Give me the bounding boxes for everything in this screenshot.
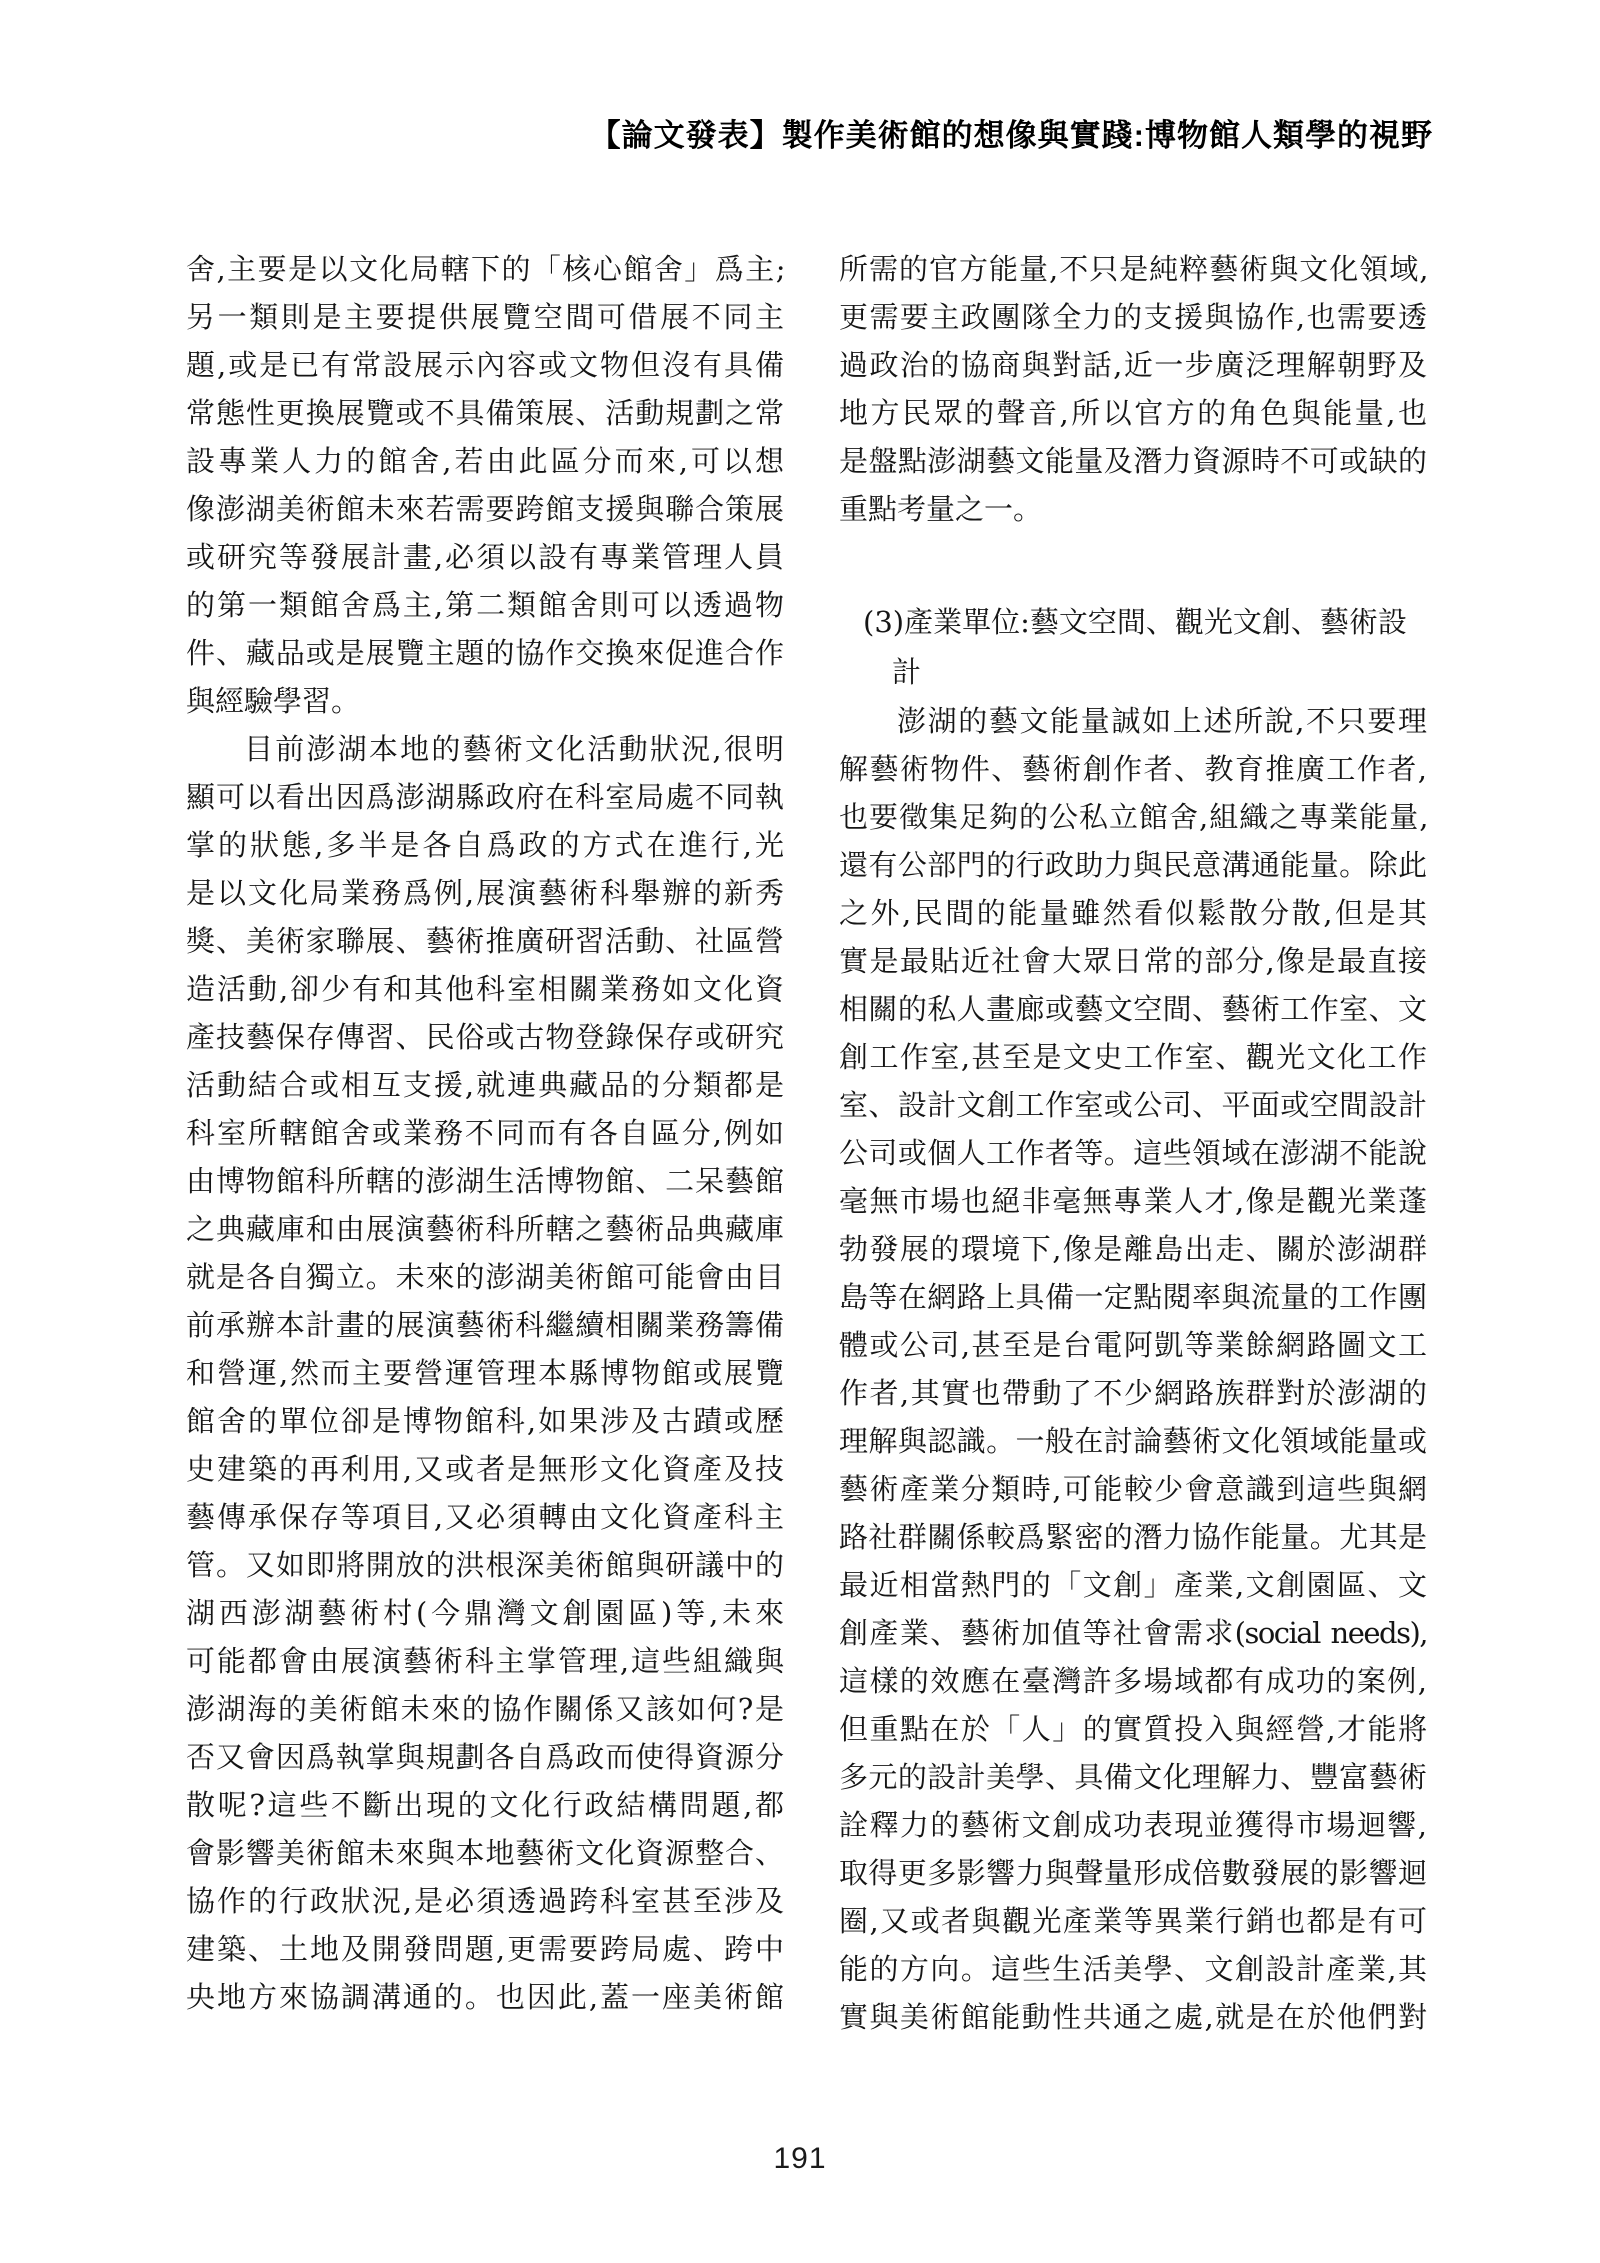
text-line: 藝術產業分類時,可能較少會意識到這些與網: [839, 1465, 1427, 1513]
text-line: 創工作室,甚至是文史工作室、觀光文化工作: [839, 1033, 1427, 1081]
text-line: 島等在網路上具備一定點閱率與流量的工作團: [839, 1273, 1427, 1321]
text-line: 科室所轄館舍或業務不同而有各自區分,例如: [186, 1109, 784, 1157]
text-line: 件、藏品或是展覽主題的協作交換來促進合作: [186, 629, 784, 677]
text-line: 掌的狀態,多半是各自爲政的方式在進行,光: [186, 821, 784, 869]
section-heading-line: 計: [839, 647, 1427, 697]
right-text-column: 所需的官方能量,不只是純粹藝術與文化領域,更需要主政團隊全力的支援與協作,也需要…: [839, 245, 1427, 2041]
text-line: 地方民眾的聲音,所以官方的角色與能量,也: [839, 389, 1427, 437]
text-line: 造活動,卻少有和其他科室相關業務如文化資: [186, 965, 784, 1013]
text-line: 藝傳承保存等項目,又必須轉由文化資產科主: [186, 1493, 784, 1541]
text-line: 室、設計文創工作室或公司、平面或空間設計: [839, 1081, 1427, 1129]
text-line: 也要徵集足夠的公私立館舍,組織之專業能量,: [839, 793, 1427, 841]
text-line: 但重點在於「人」的實質投入與經營,才能將: [839, 1705, 1427, 1753]
text-line: 產技藝保存傳習、民俗或古物登錄保存或研究: [186, 1013, 784, 1061]
page-number: 191: [0, 2142, 1600, 2176]
text-line: 的第一類館舍爲主,第二類館舍則可以透過物: [186, 581, 784, 629]
text-line: 湖西澎湖藝術村(今鼎灣文創園區)等,未來: [186, 1589, 784, 1637]
text-line: 實與美術館能動性共通之處,就是在於他們對: [839, 1993, 1427, 2041]
text-line: 重點考量之一。: [839, 485, 1427, 533]
text-line: 路社群關係較爲緊密的潛力協作能量。尤其是: [839, 1513, 1427, 1561]
left-text-column: 舍,主要是以文化局轄下的「核心館舍」爲主;另一類則是主要提供展覽空間可借展不同主…: [186, 245, 784, 2021]
text-line: 另一類則是主要提供展覽空間可借展不同主: [186, 293, 784, 341]
text-line: 公司或個人工作者等。這些領域在澎湖不能說: [839, 1129, 1427, 1177]
text-line: 散呢?這些不斷出現的文化行政結構問題,都: [186, 1781, 784, 1829]
text-line: 像澎湖美術館未來若需要跨館支援與聯合策展: [186, 485, 784, 533]
text-line: 之外,民間的能量雖然看似鬆散分散,但是其: [839, 889, 1427, 937]
text-line: 館舍的單位卻是博物館科,如果涉及古蹟或歷: [186, 1397, 784, 1445]
text-line: 前承辦本計畫的展演藝術科繼續相關業務籌備: [186, 1301, 784, 1349]
text-line: 過政治的協商與對話,近一步廣泛理解朝野及: [839, 341, 1427, 389]
text-line: 與經驗學習。: [186, 677, 784, 725]
text-line: 理解與認識。一般在討論藝術文化領域能量或: [839, 1417, 1427, 1465]
text-line: 這樣的效應在臺灣許多場域都有成功的案例,: [839, 1657, 1427, 1705]
text-line: 顯可以看出因爲澎湖縣政府在科室局處不同執: [186, 773, 784, 821]
text-line: 最近相當熱門的「文創」產業,文創園區、文: [839, 1561, 1427, 1609]
text-line: 舍,主要是以文化局轄下的「核心館舍」爲主;: [186, 245, 784, 293]
text-line: 獎、美術家聯展、藝術推廣研習活動、社區營: [186, 917, 784, 965]
text-line: 建築、土地及開發問題,更需要跨局處、跨中: [186, 1925, 784, 1973]
text-line: 取得更多影響力與聲量形成倍數發展的影響迴: [839, 1849, 1427, 1897]
text-line: 否又會因爲執掌與規劃各自爲政而使得資源分: [186, 1733, 784, 1781]
text-line: 由博物館科所轄的澎湖生活博物館、二呆藝館: [186, 1157, 784, 1205]
text-line: 相關的私人畫廊或藝文空間、藝術工作室、文: [839, 985, 1427, 1033]
text-line: 目前澎湖本地的藝術文化活動狀況,很明: [186, 725, 784, 773]
text-line: 能的方向。這些生活美學、文創設計產業,其: [839, 1945, 1427, 1993]
text-line: 所需的官方能量,不只是純粹藝術與文化領域,: [839, 245, 1427, 293]
text-line: 作者,其實也帶動了不少網路族群對於澎湖的: [839, 1369, 1427, 1417]
text-line: 創產業、藝術加值等社會需求(social needs),: [839, 1609, 1427, 1657]
text-line: 就是各自獨立。未來的澎湖美術館可能會由目: [186, 1253, 784, 1301]
text-line: 協作的行政狀況,是必須透過跨科室甚至涉及: [186, 1877, 784, 1925]
text-line: 體或公司,甚至是台電阿凱等業餘網路圖文工: [839, 1321, 1427, 1369]
text-line: 勃發展的環境下,像是離島出走、關於澎湖群: [839, 1225, 1427, 1273]
text-line: 是盤點澎湖藝文能量及潛力資源時不可或缺的: [839, 437, 1427, 485]
text-line: 實是最貼近社會大眾日常的部分,像是最直接: [839, 937, 1427, 985]
text-line: 多元的設計美學、具備文化理解力、豐富藝術: [839, 1753, 1427, 1801]
text-line: 澎湖的藝文能量誠如上述所說,不只要理: [839, 697, 1427, 745]
text-line: 毫無市場也絕非毫無專業人才,像是觀光業蓬: [839, 1177, 1427, 1225]
text-line: 圈,又或者與觀光產業等異業行銷也都是有可: [839, 1897, 1427, 1945]
running-header-title: 【論文發表】製作美術館的想像與實踐:博物館人類學的視野: [590, 110, 1433, 155]
document-page: 【論文發表】製作美術館的想像與實踐:博物館人類學的視野 舍,主要是以文化局轄下的…: [0, 0, 1600, 2263]
text-line: 是以文化局業務爲例,展演藝術科舉辦的新秀: [186, 869, 784, 917]
text-line: 設專業人力的館舍,若由此區分而來,可以想: [186, 437, 784, 485]
text-line: 解藝術物件、藝術創作者、教育推廣工作者,: [839, 745, 1427, 793]
text-line: 更需要主政團隊全力的支援與協作,也需要透: [839, 293, 1427, 341]
text-line: 史建築的再利用,又或者是無形文化資產及技: [186, 1445, 784, 1493]
text-line: 詮釋力的藝術文創成功表現並獲得市場迴響,: [839, 1801, 1427, 1849]
text-line: 澎湖海的美術館未來的協作關係又該如何?是: [186, 1685, 784, 1733]
text-line: 可能都會由展演藝術科主掌管理,這些組織與: [186, 1637, 784, 1685]
text-line: 和營運,然而主要營運管理本縣博物館或展覽: [186, 1349, 784, 1397]
section-heading-line: (3)產業單位:藝文空間、觀光文創、藝術設: [839, 597, 1427, 647]
text-line: 題,或是已有常設展示內容或文物但沒有具備: [186, 341, 784, 389]
paragraph-gap: [839, 533, 1427, 597]
text-line: 管。又如即將開放的洪根深美術館與研議中的: [186, 1541, 784, 1589]
text-line: 會影響美術館未來與本地藝術文化資源整合、: [186, 1829, 784, 1877]
text-line: 活動結合或相互支援,就連典藏品的分類都是: [186, 1061, 784, 1109]
text-line: 常態性更換展覽或不具備策展、活動規劃之常: [186, 389, 784, 437]
text-line: 央地方來協調溝通的。也因此,蓋一座美術館: [186, 1973, 784, 2021]
text-line: 還有公部門的行政助力與民意溝通能量。除此: [839, 841, 1427, 889]
text-line: 之典藏庫和由展演藝術科所轄之藝術品典藏庫: [186, 1205, 784, 1253]
text-line: 或研究等發展計畫,必須以設有專業管理人員: [186, 533, 784, 581]
